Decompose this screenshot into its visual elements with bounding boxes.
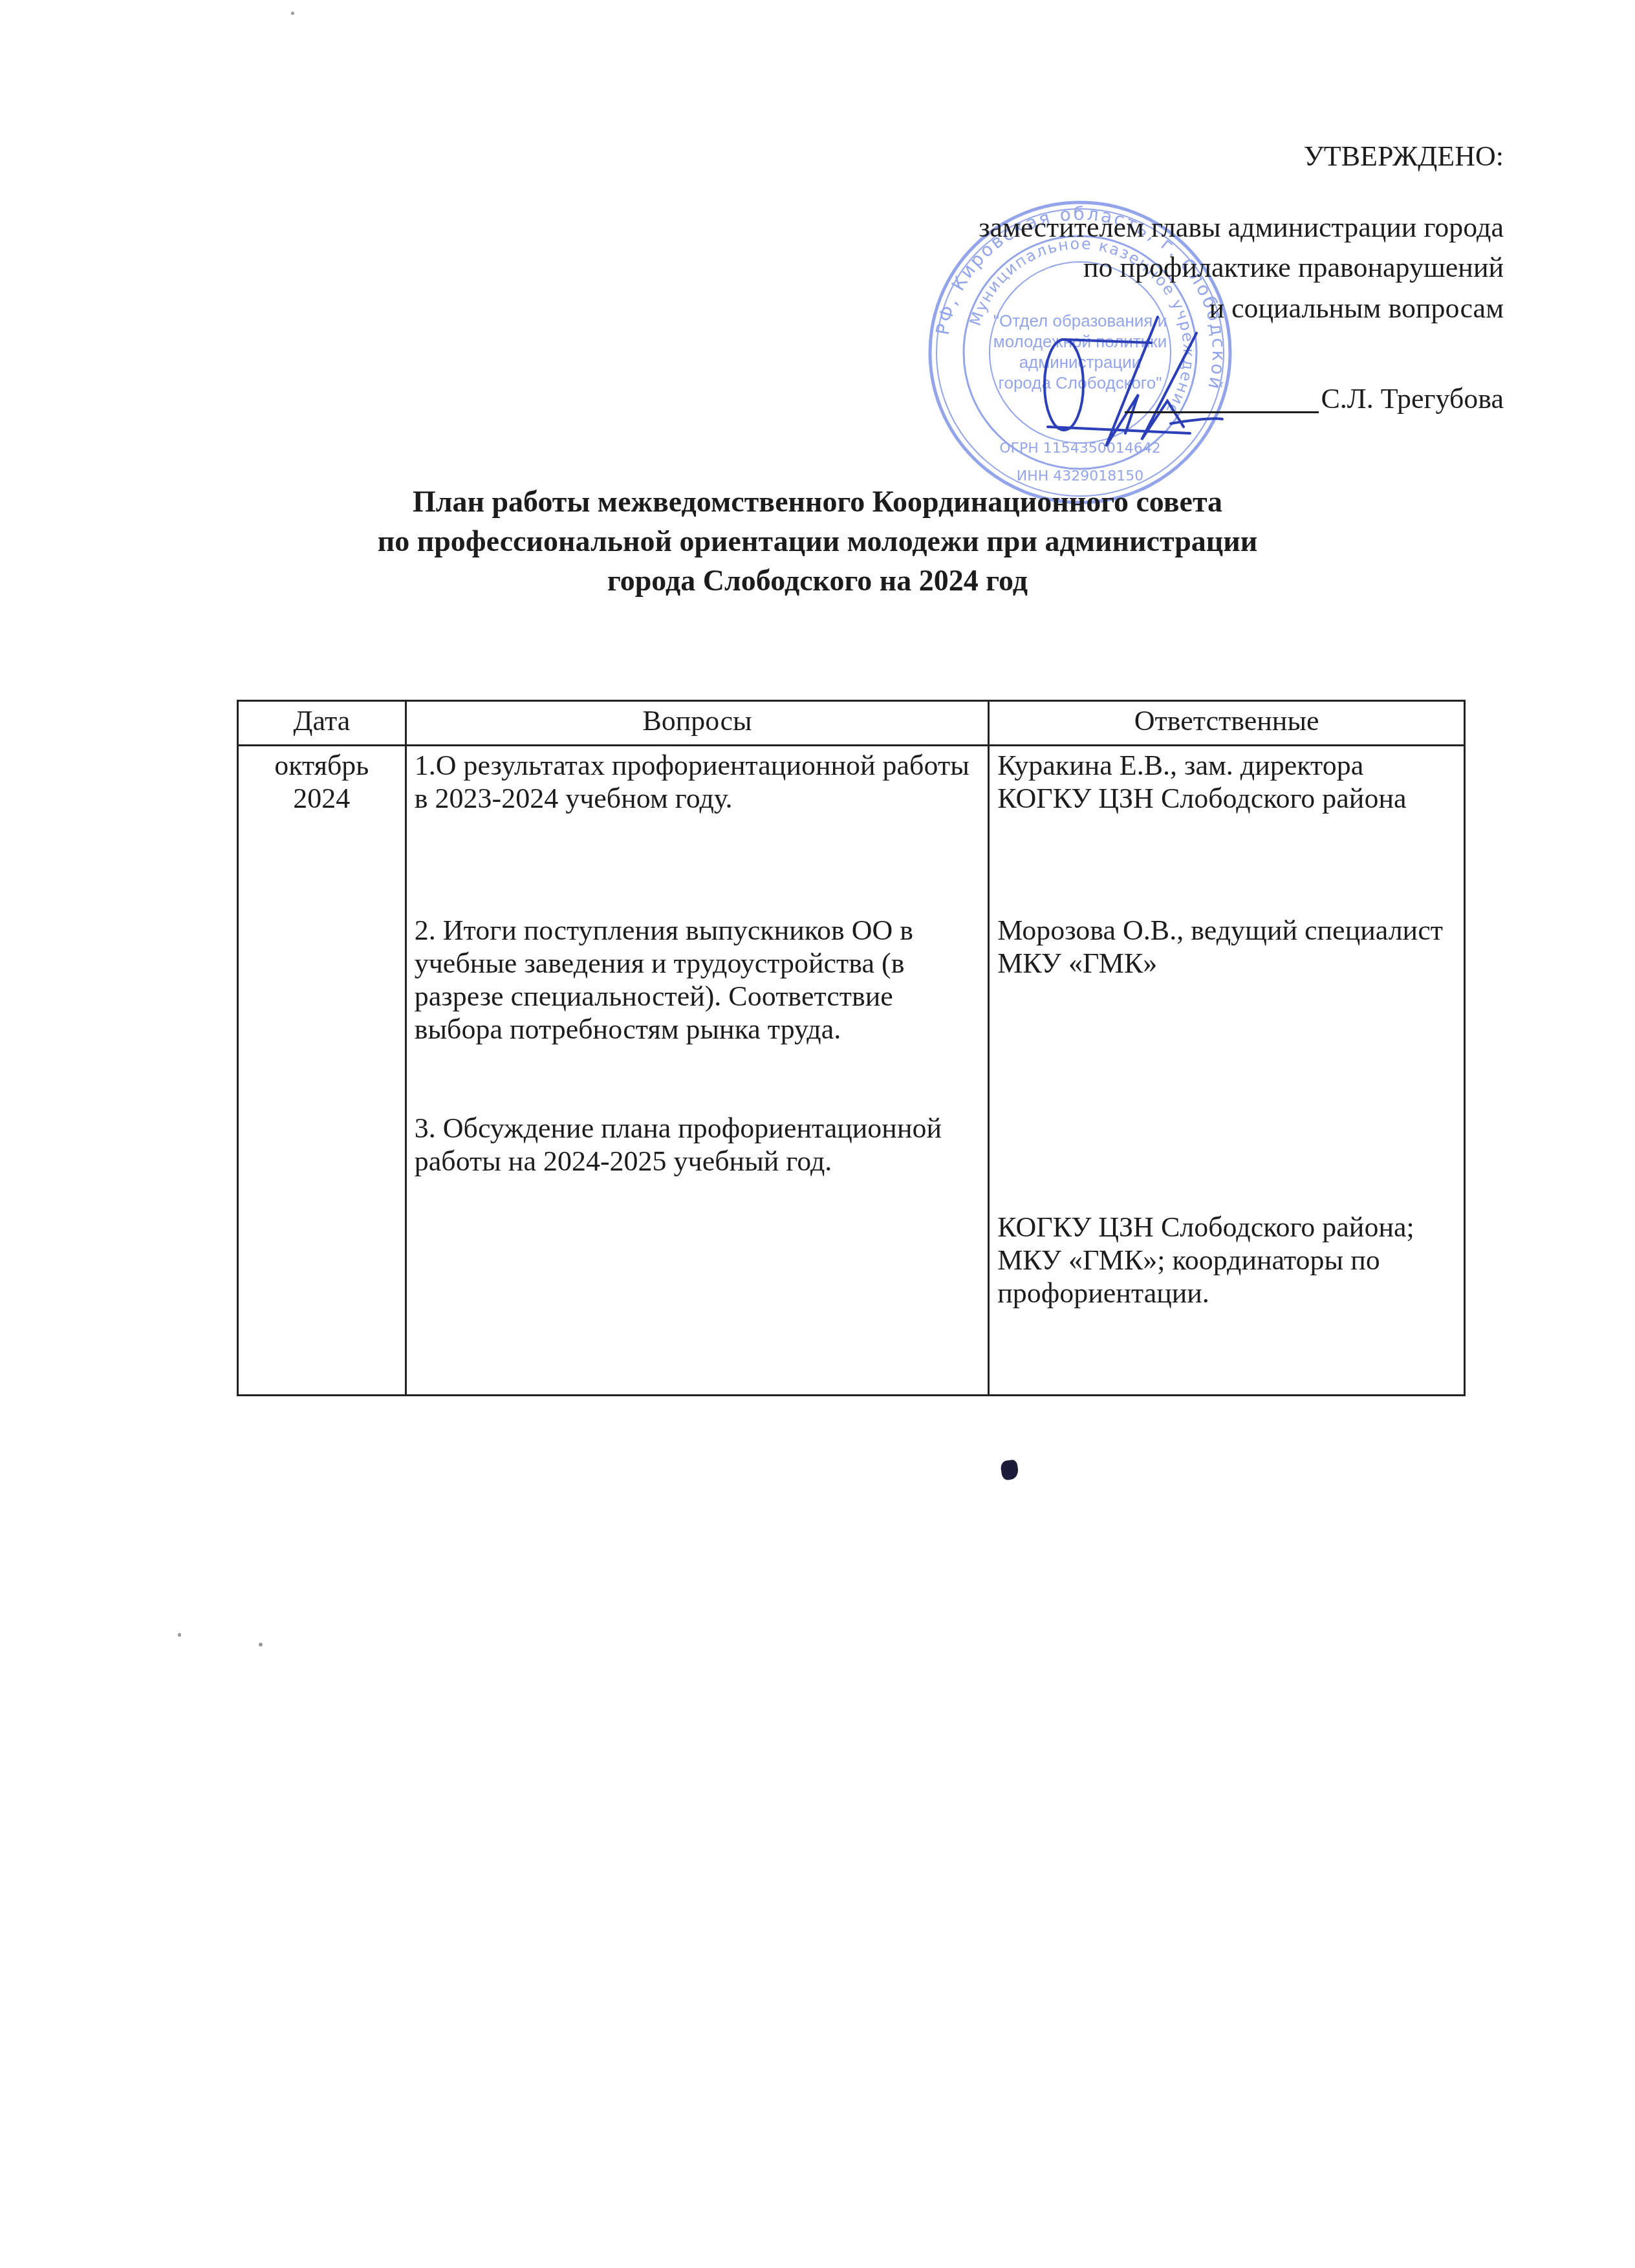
title-line: по профессиональной ориентации молодежи … — [0, 521, 1635, 561]
date-year: 2024 — [246, 782, 397, 815]
responsible-item: Куракина Е.В., зам. директора КОГКУ ЦЗН … — [997, 749, 1456, 815]
approved-heading: УТВЕРЖДЕНО: — [1304, 142, 1504, 171]
header-questions: Вопросы — [406, 701, 989, 746]
question-item: 2. Итоги поступления выпускников ОО в уч… — [415, 914, 980, 1046]
question-item: 1.О результатах профориентационной работ… — [415, 749, 980, 815]
document-title: План работы межведомственного Координаци… — [0, 482, 1635, 600]
table-header-row: Дата Вопросы Ответственные — [238, 701, 1465, 746]
approver-position-line: заместителем главы администрации города — [979, 213, 1504, 242]
header-responsible: Ответственные — [989, 701, 1465, 746]
question-item: 3. Обсуждение плана профориентационной р… — [415, 1112, 980, 1178]
header-date: Дата — [238, 701, 406, 746]
cell-responsible: Куракина Е.В., зам. директора КОГКУ ЦЗН … — [989, 746, 1465, 1396]
signature-row: С.Л. Трегубова — [1125, 385, 1504, 413]
cell-date: октябрь 2024 — [238, 746, 406, 1396]
scan-speck — [291, 12, 294, 15]
title-line: План работы межведомственного Координаци… — [0, 482, 1635, 521]
ink-blot-mark — [1000, 1459, 1019, 1480]
approver-position-line: и социальным вопросам — [1209, 294, 1504, 323]
document-page: РФ, Кировская область, г. Слободской Мун… — [0, 0, 1635, 2268]
cell-questions: 1.О результатах профориентационной работ… — [406, 746, 989, 1396]
responsible-item: КОГКУ ЦЗН Слободского района; МКУ «ГМК»;… — [997, 1211, 1456, 1310]
signature-line — [1125, 385, 1319, 413]
plan-table: Дата Вопросы Ответственные октябрь 2024 … — [237, 700, 1466, 1396]
table-row: октябрь 2024 1.О результатах профориента… — [238, 746, 1465, 1396]
scan-speck — [259, 1643, 263, 1647]
date-month: октябрь — [246, 749, 397, 782]
responsible-item: Морозова О.В., ведущий специалист МКУ «Г… — [997, 914, 1456, 980]
signatory-name: С.Л. Трегубова — [1321, 385, 1504, 413]
approver-position-line: по профилактике правонарушений — [1083, 254, 1504, 282]
title-line: города Слободского на 2024 год — [0, 561, 1635, 600]
scan-speck — [178, 1633, 181, 1637]
